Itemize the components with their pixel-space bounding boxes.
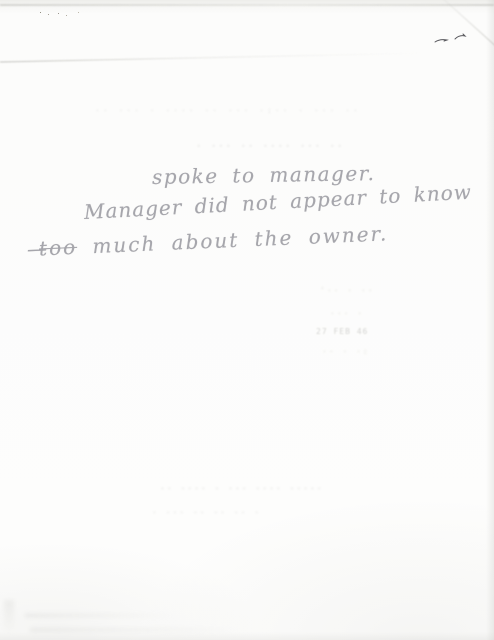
ink-specks [40,12,41,13]
faint-date-stamp: 27 FEB 46 [316,327,368,336]
left-diagonal-crease [0,52,430,62]
handwriting-line-1: spoke to manager. [152,161,376,189]
bottom-edge-shading [0,632,494,640]
top-edge-crease [0,4,494,6]
handwriting-line-3: —too much about the owner. [26,221,388,261]
scanned-page: ·· ··· · ···· ·· ··· ·:·· · ··· ·· · ···… [0,0,494,640]
bottom-left-edge-smudge [4,600,14,634]
struck-word: too [38,235,77,261]
ghost-text-line: · ··· ·· ·· ·· · [152,508,261,517]
right-edge-shading [486,0,494,640]
pen-scribble-mark [433,31,473,47]
handwriting-line-3-rest: much about the owner. [92,221,389,258]
ghost-text-line: ·· ···· · ··· ···· ····· [160,484,324,493]
bottom-smudge [30,628,240,632]
ghost-text-line: ·· ··· · ···· ·· ··· ·:·· · ··· ·· [95,106,410,115]
ghost-text-line: · ··· ·· ···· ··· ·· [196,142,344,152]
bottom-smudge [25,614,175,617]
pen-scribble-icon [433,31,473,47]
ghost-text-line: ·· · ·: [322,347,370,356]
ghost-text-line: ··· · [330,309,364,318]
ghost-text-line: '·· · ·· [320,286,375,295]
